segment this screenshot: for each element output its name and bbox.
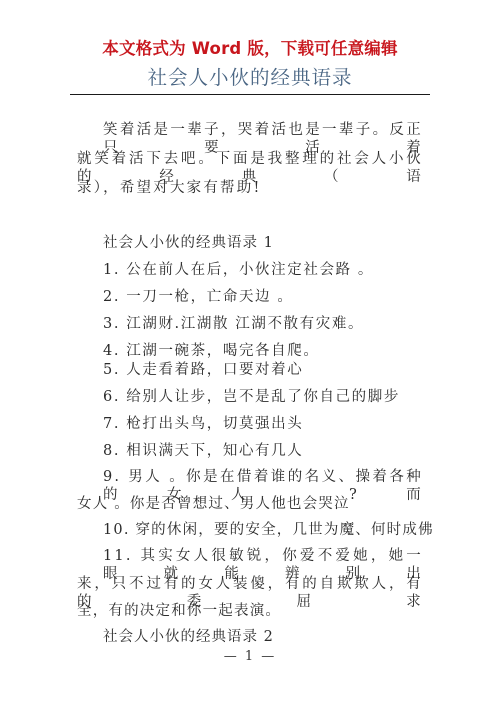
document-title: 社会人小伙的经典语录 bbox=[0, 62, 500, 90]
quote-item: 6. 给别人让步，岂不是乱了你自己的脚步 bbox=[103, 388, 449, 406]
quote-item-line: 全，有的决定和你一起表演。 bbox=[77, 602, 423, 620]
quote-item: 2. 一刀一枪，亡命天边 。 bbox=[103, 288, 449, 306]
quote-item: 10. 穿的休闲，要的安全，几世为魔、何时成佛 bbox=[103, 521, 449, 539]
section-heading: 社会人小伙的经典语录 1 bbox=[103, 234, 449, 252]
quote-item: 5. 人走看着路，口要对着心 bbox=[103, 361, 449, 379]
quote-item: 3. 江湖财.江湖散 江湖不散有灾难。 bbox=[103, 315, 449, 333]
page-number: — 1 — bbox=[0, 649, 500, 664]
quote-item-line: 女人 。你是否曾想过、男人他也会哭泣 bbox=[77, 495, 423, 513]
quote-item: 7. 枪打出头鸟，切莫强出头 bbox=[103, 415, 449, 433]
intro-paragraph-line: 录），希望对大家有帮助! bbox=[77, 179, 423, 197]
quote-item: 4. 江湖一碗茶，喝完各自爬。 bbox=[103, 342, 449, 360]
header-divider bbox=[70, 94, 430, 95]
section-heading: 社会人小伙的经典语录 2 bbox=[103, 628, 449, 646]
quote-item: 1. 公在前人在后，小伙注定社会路 。 bbox=[103, 261, 449, 279]
download-banner: 本文格式为 Word 版，下载可任意编辑 bbox=[0, 35, 500, 59]
quote-item: 8. 相识满天下，知心有几人 bbox=[103, 442, 449, 460]
